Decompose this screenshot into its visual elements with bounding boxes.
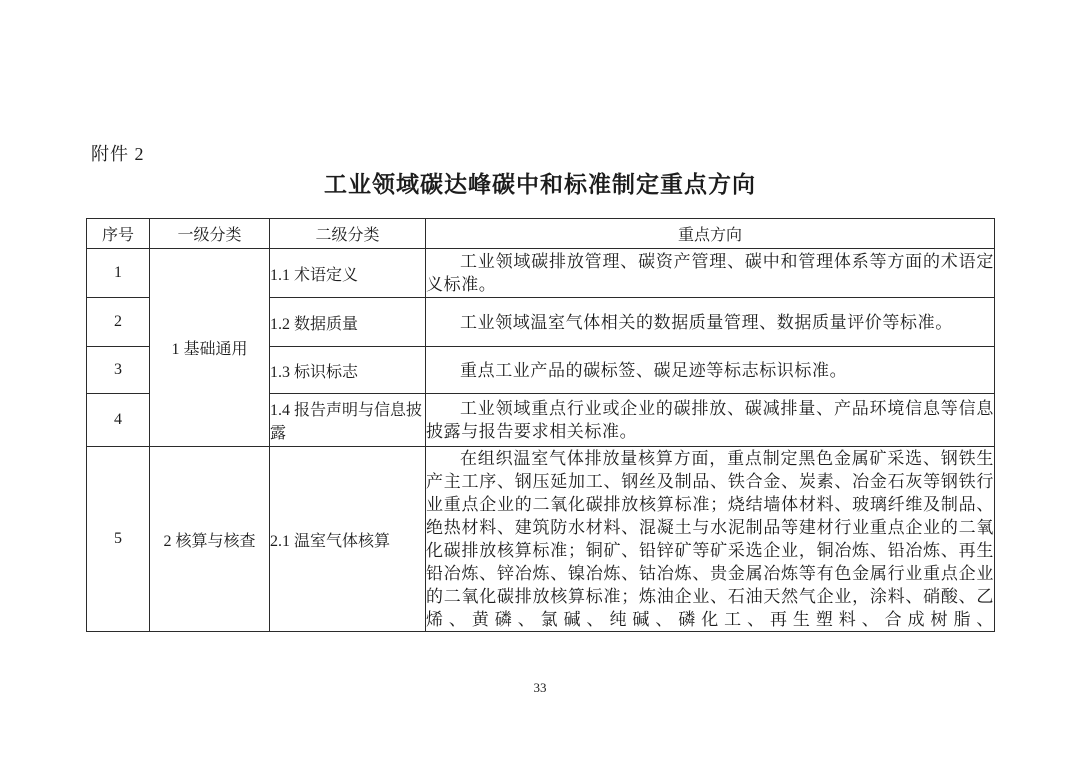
cell-level1-category: 1 基础通用 [150,249,270,447]
cell-level2-category: 1.2 数据质量 [270,298,426,347]
column-header-level1: 一级分类 [150,219,270,249]
document-page: 附件 2 工业领域碳达峰碳中和标准制定重点方向 序号 一级分类 二级分类 重点方… [0,0,1080,764]
column-header-serial: 序号 [87,219,150,249]
page-number: 33 [0,680,1080,696]
direction-paragraph: 工业领域碳排放管理、碳资产管理、碳中和管理体系等方面的术语定义标准。 [426,250,994,296]
standards-table: 序号 一级分类 二级分类 重点方向 1 1 基础通用 1.1 术语定义 工业领域… [86,218,995,632]
cell-level2-category: 1.3 标识标志 [270,347,426,394]
cell-serial: 3 [87,347,150,394]
cell-direction: 工业领域温室气体相关的数据质量管理、数据质量评价等标准。 [426,298,995,347]
cell-serial: 1 [87,249,150,298]
cell-direction: 工业领域重点行业或企业的碳排放、碳减排量、产品环境信息等信息披露与报告要求相关标… [426,394,995,447]
table-row: 5 2 核算与核查 2.1 温室气体核算 在组织温室气体排放量核算方面，重点制定… [87,447,995,632]
cell-direction: 在组织温室气体排放量核算方面，重点制定黑色金属矿采选、钢铁生产主工序、钢压延加工… [426,447,995,632]
table-header-row: 序号 一级分类 二级分类 重点方向 [87,219,995,249]
cell-level2-category: 1.1 术语定义 [270,249,426,298]
cell-serial: 4 [87,394,150,447]
cell-level1-category: 2 核算与核查 [150,447,270,632]
page-title: 工业领域碳达峰碳中和标准制定重点方向 [0,166,1080,199]
column-header-direction: 重点方向 [426,219,995,249]
direction-paragraph: 在组织温室气体排放量核算方面，重点制定黑色金属矿采选、钢铁生产主工序、钢压延加工… [426,447,994,631]
cell-direction: 工业领域碳排放管理、碳资产管理、碳中和管理体系等方面的术语定义标准。 [426,249,995,298]
table-row: 1 1 基础通用 1.1 术语定义 工业领域碳排放管理、碳资产管理、碳中和管理体… [87,249,995,298]
direction-paragraph: 工业领域温室气体相关的数据质量管理、数据质量评价等标准。 [426,311,994,334]
cell-level2-category: 2.1 温室气体核算 [270,447,426,632]
direction-paragraph: 重点工业产品的碳标签、碳足迹等标志标识标准。 [426,359,994,382]
attachment-label: 附件 2 [91,140,145,166]
column-header-level2: 二级分类 [270,219,426,249]
cell-direction: 重点工业产品的碳标签、碳足迹等标志标识标准。 [426,347,995,394]
direction-paragraph: 工业领域重点行业或企业的碳排放、碳减排量、产品环境信息等信息披露与报告要求相关标… [426,397,994,443]
cell-serial: 5 [87,447,150,632]
cell-level2-category: 1.4 报告声明与信息披露 [270,394,426,447]
cell-serial: 2 [87,298,150,347]
